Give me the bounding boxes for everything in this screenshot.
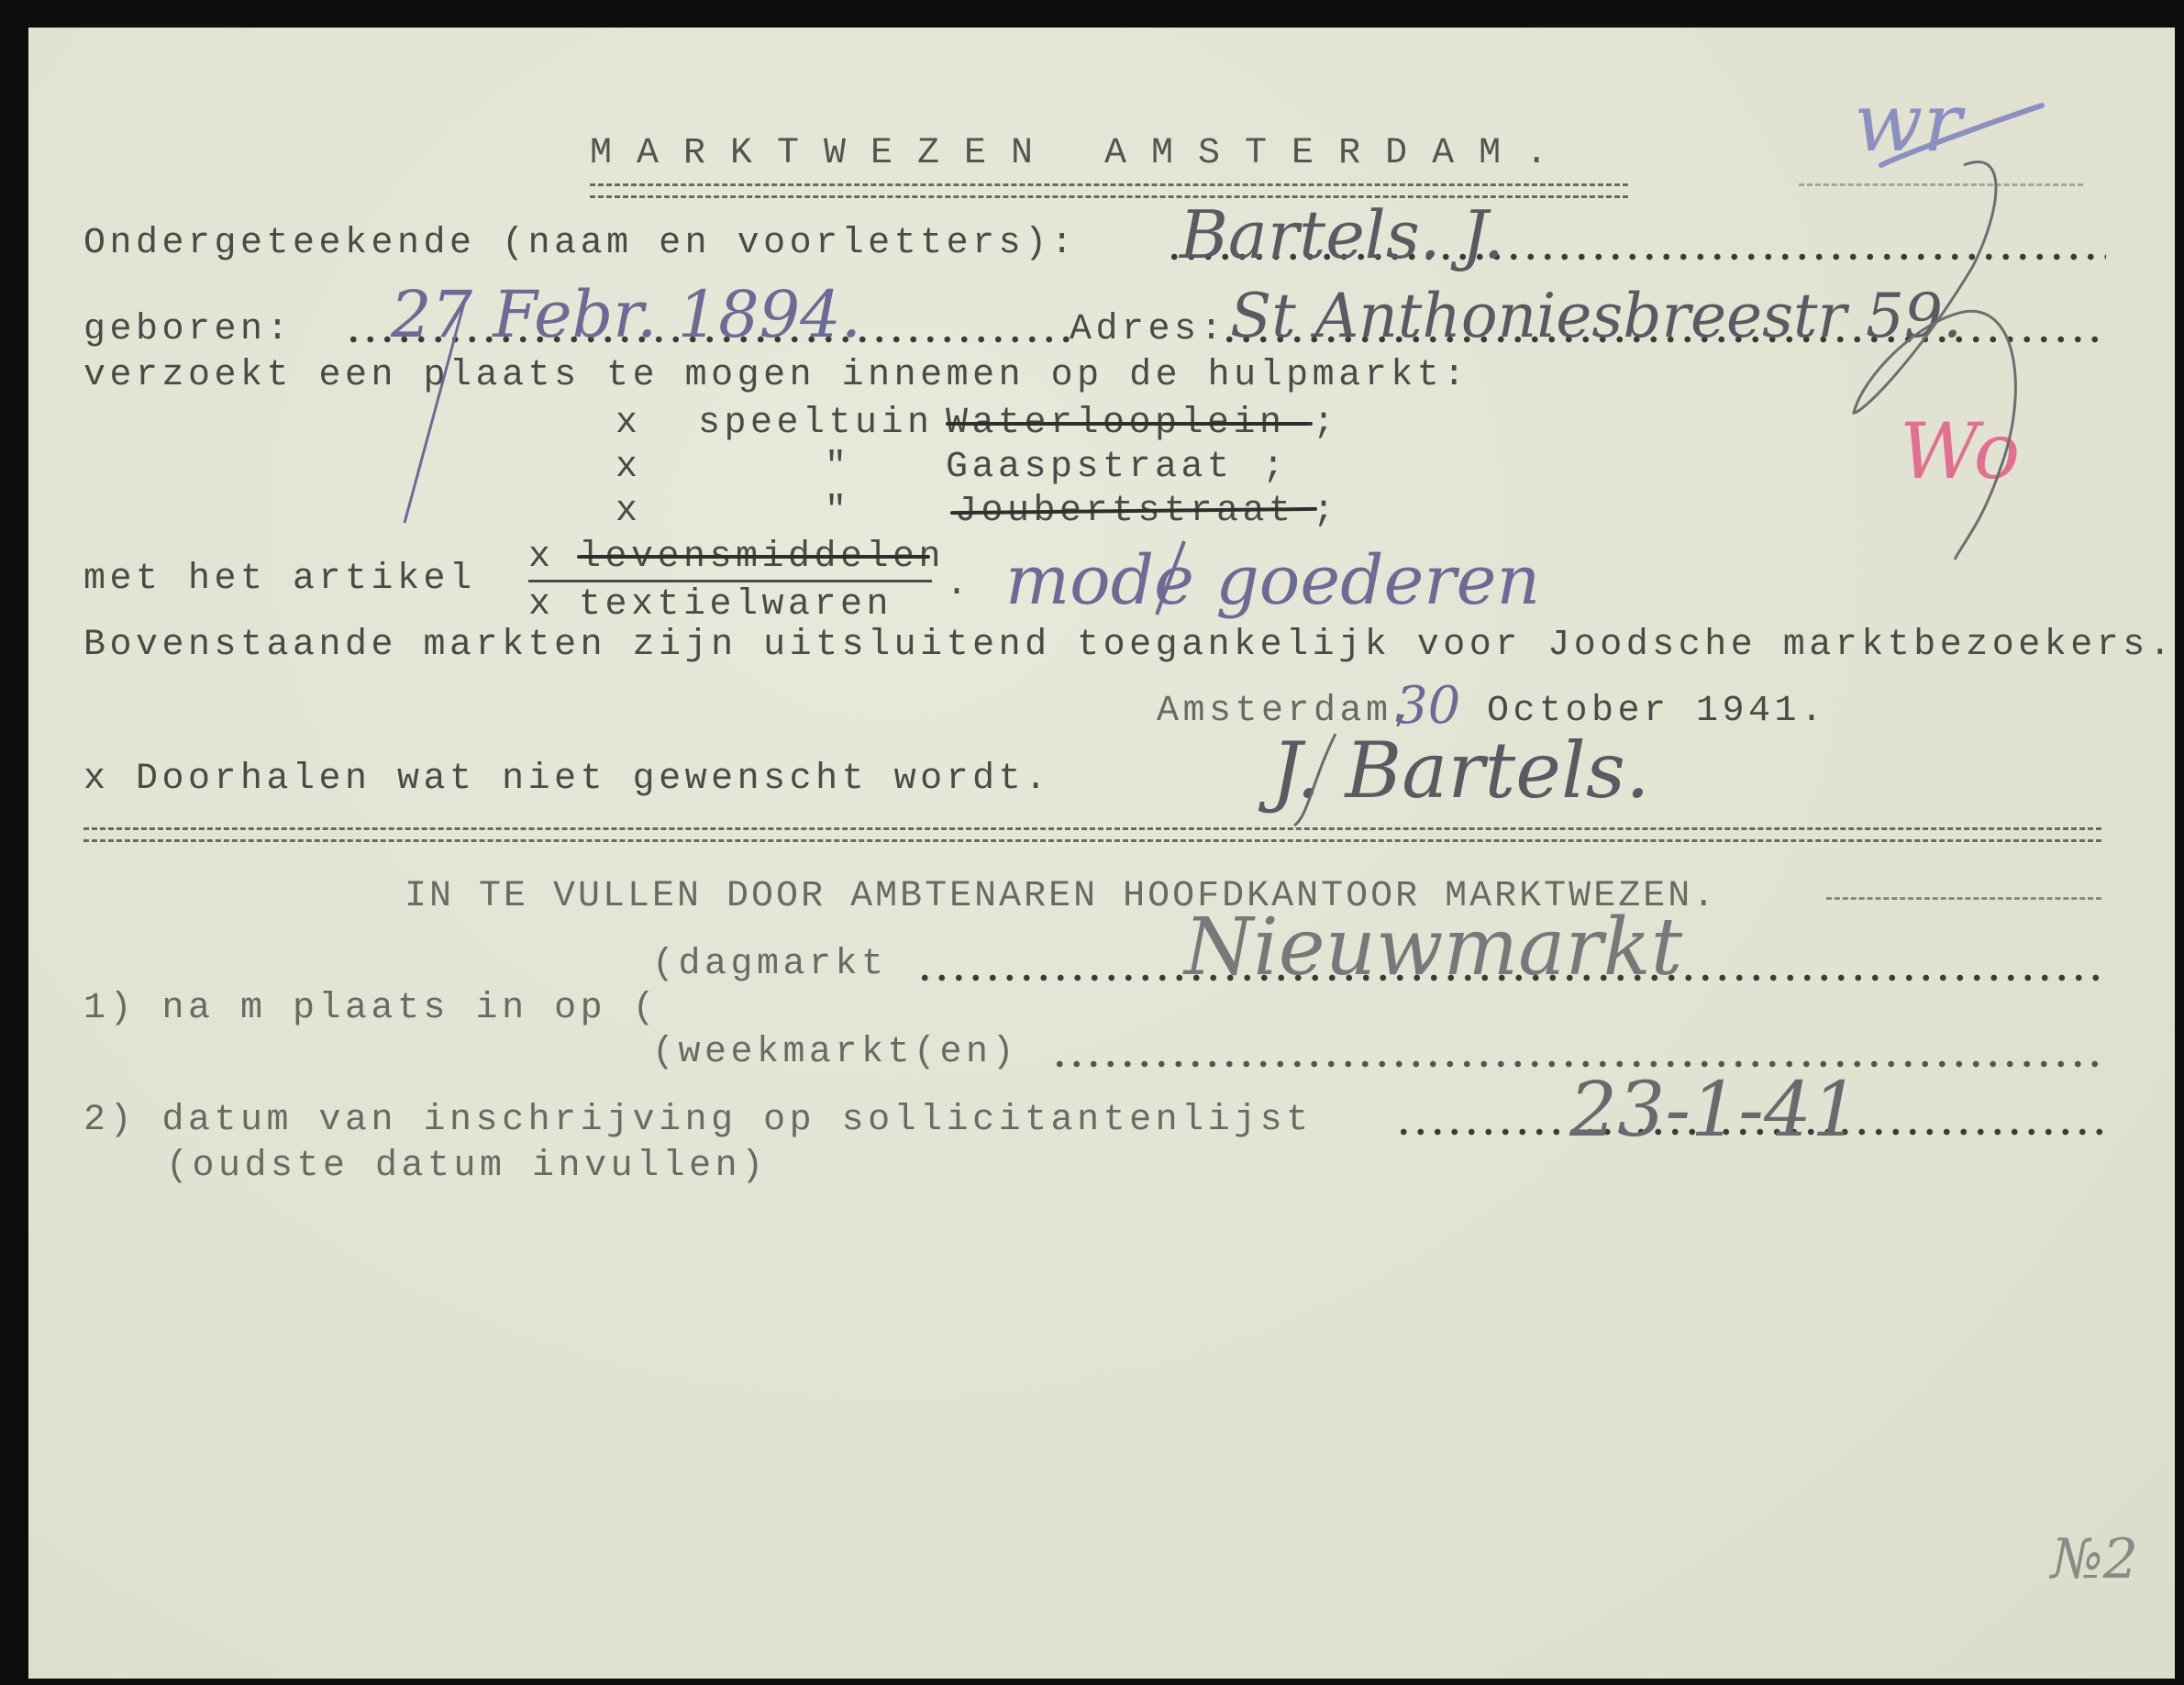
document-page: MARKTWEZEN AMSTERDAM. wr Ondergeteekende… — [28, 28, 2175, 1679]
handwritten-strokes — [28, 28, 2175, 1679]
